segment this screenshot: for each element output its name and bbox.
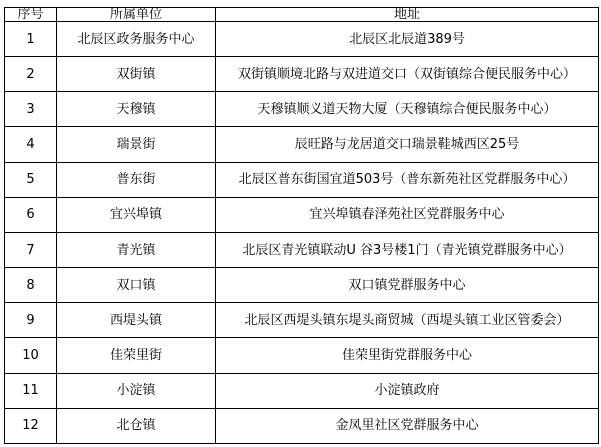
table-row: 5普东街北辰区普东街国宜道503号（普东新苑社区党群服务中心） [5, 162, 599, 197]
unit-cell: 北辰区政务服务中心 [57, 22, 216, 57]
row-number-cell: 11 [5, 373, 57, 408]
unit-cell: 西堤头镇 [57, 303, 216, 338]
address-cell: 双街镇顺境北路与双进道交口（双街镇综合便民服务中心） [216, 57, 599, 92]
unit-cell: 双街镇 [57, 57, 216, 92]
table-row: 4瑞景街辰旺路与龙居道交口瑞景鞋城西区25号 [5, 127, 599, 162]
table-row: 3天穆镇天穆镇顺义道天物大厦（天穆镇综合便民服务中心） [5, 92, 599, 127]
table-row: 2双街镇双街镇顺境北路与双进道交口（双街镇综合便民服务中心） [5, 57, 599, 92]
table-body: 1北辰区政务服务中心北辰区北辰道389号2双街镇双街镇顺境北路与双进道交口（双街… [5, 22, 599, 444]
row-number-cell: 12 [5, 408, 57, 443]
unit-cell: 普东街 [57, 162, 216, 197]
table-row: 11小淀镇小淀镇政府 [5, 373, 599, 408]
header-row: 序号 所属单位 地址 [5, 8, 599, 22]
row-number-cell: 9 [5, 303, 57, 338]
unit-cell: 瑞景街 [57, 127, 216, 162]
row-number-cell: 4 [5, 127, 57, 162]
header-index: 序号 [5, 8, 57, 22]
address-cell: 北辰区北辰道389号 [216, 22, 599, 57]
address-cell: 双口镇党群服务中心 [216, 268, 599, 303]
address-cell: 佳荣里街党群服务中心 [216, 338, 599, 373]
row-number-cell: 6 [5, 197, 57, 232]
address-cell: 宜兴埠镇春泽苑社区党群服务中心 [216, 197, 599, 232]
table-row: 12北仓镇金凤里社区党群服务中心 [5, 408, 599, 443]
address-cell: 北辰区普东街国宜道503号（普东新苑社区党群服务中心） [216, 162, 599, 197]
address-cell: 辰旺路与龙居道交口瑞景鞋城西区25号 [216, 127, 599, 162]
table-row: 6宜兴埠镇宜兴埠镇春泽苑社区党群服务中心 [5, 197, 599, 232]
address-cell: 小淀镇政府 [216, 373, 599, 408]
address-cell: 北辰区西堤头镇东堤头商贸城（西堤头镇工业区管委会） [216, 303, 599, 338]
header-address: 地址 [216, 8, 599, 22]
table-row: 1北辰区政务服务中心北辰区北辰道389号 [5, 22, 599, 57]
row-number-cell: 3 [5, 92, 57, 127]
unit-cell: 双口镇 [57, 268, 216, 303]
unit-cell: 北仓镇 [57, 408, 216, 443]
table-row: 8双口镇双口镇党群服务中心 [5, 268, 599, 303]
row-number-cell: 2 [5, 57, 57, 92]
header-unit: 所属单位 [57, 8, 216, 22]
unit-cell: 宜兴埠镇 [57, 197, 216, 232]
page: 序号 所属单位 地址 1北辰区政务服务中心北辰区北辰道389号2双街镇双街镇顺境… [0, 0, 601, 447]
unit-cell: 小淀镇 [57, 373, 216, 408]
table-row: 10佳荣里街佳荣里街党群服务中心 [5, 338, 599, 373]
table-row: 7青光镇北辰区青光镇联动U 谷3号楼1门（青光镇党群服务中心） [5, 232, 599, 267]
row-number-cell: 1 [5, 22, 57, 57]
address-cell: 北辰区青光镇联动U 谷3号楼1门（青光镇党群服务中心） [216, 232, 599, 267]
address-cell: 天穆镇顺义道天物大厦（天穆镇综合便民服务中心） [216, 92, 599, 127]
unit-cell: 青光镇 [57, 232, 216, 267]
address-table: 序号 所属单位 地址 1北辰区政务服务中心北辰区北辰道389号2双街镇双街镇顺境… [4, 7, 599, 444]
table-row: 9西堤头镇北辰区西堤头镇东堤头商贸城（西堤头镇工业区管委会） [5, 303, 599, 338]
unit-cell: 佳荣里街 [57, 338, 216, 373]
unit-cell: 天穆镇 [57, 92, 216, 127]
row-number-cell: 8 [5, 268, 57, 303]
address-cell: 金凤里社区党群服务中心 [216, 408, 599, 443]
row-number-cell: 5 [5, 162, 57, 197]
row-number-cell: 7 [5, 232, 57, 267]
row-number-cell: 10 [5, 338, 57, 373]
